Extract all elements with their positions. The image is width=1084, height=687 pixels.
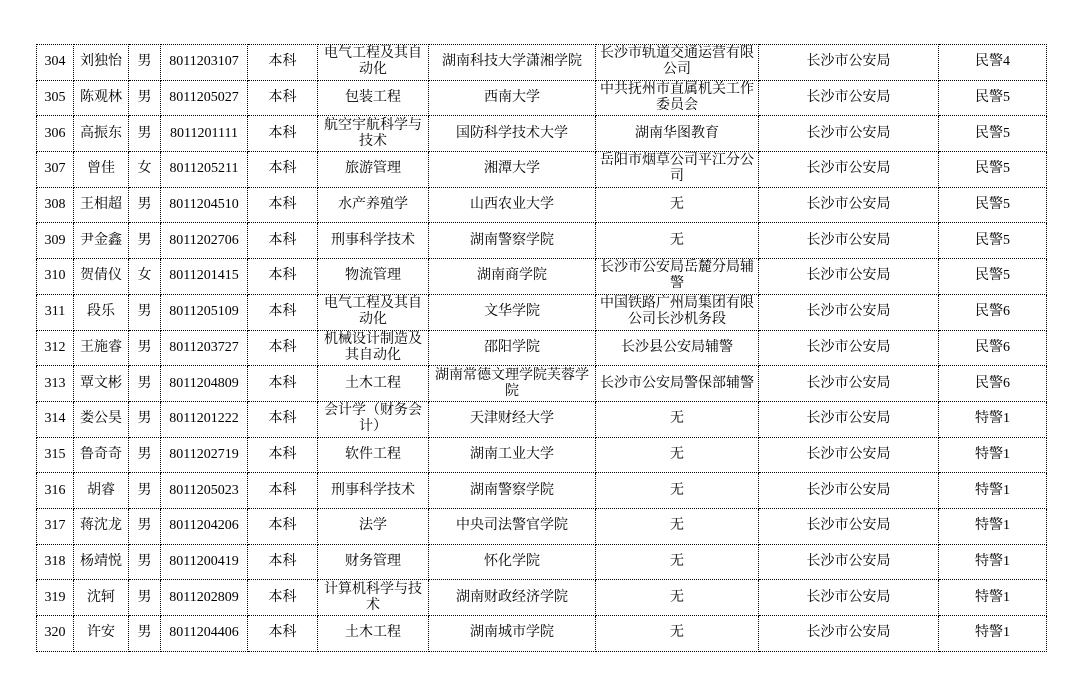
cell-position: 民警6 bbox=[939, 294, 1047, 330]
cell-university: 天津财经大学 bbox=[429, 401, 596, 437]
table-row: 305陈观林男8011205027本科包装工程西南大学中共抚州市直属机关工作委员… bbox=[37, 80, 1047, 116]
cell-major: 电气工程及其自动化 bbox=[318, 45, 429, 81]
table-row: 310贺倩仪女8011201415本科物流管理湖南商学院长沙市公安局岳麓分局辅警… bbox=[37, 259, 1047, 295]
cell-serial-number: 320 bbox=[37, 616, 74, 652]
table-row: 320许安男8011204406本科土木工程湖南城市学院无长沙市公安局特警1 bbox=[37, 616, 1047, 652]
cell-university: 国防科学技术大学 bbox=[429, 116, 596, 152]
cell-gender: 男 bbox=[129, 223, 161, 259]
cell-university: 湖南工业大学 bbox=[429, 437, 596, 473]
cell-recruiting-unit: 长沙市公安局 bbox=[759, 401, 939, 437]
cell-exam-number: 8011205211 bbox=[161, 152, 248, 188]
cell-exam-number: 8011205027 bbox=[161, 80, 248, 116]
cell-major: 土木工程 bbox=[318, 366, 429, 402]
cell-position: 特警1 bbox=[939, 580, 1047, 616]
cell-university: 西南大学 bbox=[429, 80, 596, 116]
cell-exam-number: 8011204809 bbox=[161, 366, 248, 402]
cell-exam-number: 8011205109 bbox=[161, 294, 248, 330]
table-row: 315鲁奇奇男8011202719本科软件工程湖南工业大学无长沙市公安局特警1 bbox=[37, 437, 1047, 473]
cell-recruiting-unit: 长沙市公安局 bbox=[759, 116, 939, 152]
cell-recruiting-unit: 长沙市公安局 bbox=[759, 473, 939, 509]
cell-education: 本科 bbox=[248, 544, 318, 580]
cell-recruiting-unit: 长沙市公安局 bbox=[759, 223, 939, 259]
cell-name: 蒋沈龙 bbox=[74, 508, 129, 544]
cell-recruiting-unit: 长沙市公安局 bbox=[759, 80, 939, 116]
cell-gender: 男 bbox=[129, 330, 161, 366]
cell-previous-work-unit: 无 bbox=[596, 508, 759, 544]
cell-recruiting-unit: 长沙市公安局 bbox=[759, 616, 939, 652]
cell-name: 鲁奇奇 bbox=[74, 437, 129, 473]
cell-serial-number: 316 bbox=[37, 473, 74, 509]
cell-university: 湖南警察学院 bbox=[429, 473, 596, 509]
cell-major: 土木工程 bbox=[318, 616, 429, 652]
cell-university: 湖南商学院 bbox=[429, 259, 596, 295]
table-row: 307曾佳女8011205211本科旅游管理湘潭大学岳阳市烟草公司平江分公司长沙… bbox=[37, 152, 1047, 188]
cell-serial-number: 313 bbox=[37, 366, 74, 402]
cell-previous-work-unit: 湖南华图教育 bbox=[596, 116, 759, 152]
cell-recruiting-unit: 长沙市公安局 bbox=[759, 45, 939, 81]
cell-education: 本科 bbox=[248, 508, 318, 544]
cell-name: 王施睿 bbox=[74, 330, 129, 366]
cell-recruiting-unit: 长沙市公安局 bbox=[759, 437, 939, 473]
cell-university: 湖南警察学院 bbox=[429, 223, 596, 259]
cell-university: 湖南常德文理学院芙蓉学院 bbox=[429, 366, 596, 402]
cell-major: 软件工程 bbox=[318, 437, 429, 473]
cell-position: 特警1 bbox=[939, 401, 1047, 437]
cell-gender: 男 bbox=[129, 544, 161, 580]
cell-university: 湖南科技大学潇湘学院 bbox=[429, 45, 596, 81]
cell-education: 本科 bbox=[248, 580, 318, 616]
cell-previous-work-unit: 长沙市公安局岳麓分局辅警 bbox=[596, 259, 759, 295]
cell-serial-number: 319 bbox=[37, 580, 74, 616]
cell-education: 本科 bbox=[248, 366, 318, 402]
cell-university: 邵阳学院 bbox=[429, 330, 596, 366]
table-row: 304刘独怡男8011203107本科电气工程及其自动化湖南科技大学潇湘学院长沙… bbox=[37, 45, 1047, 81]
cell-name: 许安 bbox=[74, 616, 129, 652]
cell-name: 杨靖悦 bbox=[74, 544, 129, 580]
cell-gender: 男 bbox=[129, 366, 161, 402]
cell-gender: 男 bbox=[129, 116, 161, 152]
cell-serial-number: 305 bbox=[37, 80, 74, 116]
table-row: 318杨靖悦男8011200419本科财务管理怀化学院无长沙市公安局特警1 bbox=[37, 544, 1047, 580]
table-row: 312王施睿男8011203727本科机械设计制造及其自动化邵阳学院长沙县公安局… bbox=[37, 330, 1047, 366]
cell-position: 民警6 bbox=[939, 330, 1047, 366]
cell-serial-number: 318 bbox=[37, 544, 74, 580]
cell-position: 民警5 bbox=[939, 80, 1047, 116]
cell-exam-number: 8011203107 bbox=[161, 45, 248, 81]
cell-position: 民警6 bbox=[939, 366, 1047, 402]
cell-serial-number: 317 bbox=[37, 508, 74, 544]
cell-name: 段乐 bbox=[74, 294, 129, 330]
cell-position: 特警1 bbox=[939, 437, 1047, 473]
cell-education: 本科 bbox=[248, 187, 318, 223]
cell-previous-work-unit: 无 bbox=[596, 580, 759, 616]
cell-name: 沈轲 bbox=[74, 580, 129, 616]
table-row: 317蒋沈龙男8011204206本科法学中央司法警官学院无长沙市公安局特警1 bbox=[37, 508, 1047, 544]
cell-position: 特警1 bbox=[939, 473, 1047, 509]
cell-serial-number: 312 bbox=[37, 330, 74, 366]
cell-name: 娄公昊 bbox=[74, 401, 129, 437]
cell-university: 怀化学院 bbox=[429, 544, 596, 580]
table-row: 313覃文彬男8011204809本科土木工程湖南常德文理学院芙蓉学院长沙市公安… bbox=[37, 366, 1047, 402]
cell-position: 民警5 bbox=[939, 152, 1047, 188]
cell-name: 陈观林 bbox=[74, 80, 129, 116]
cell-previous-work-unit: 无 bbox=[596, 544, 759, 580]
cell-name: 高振东 bbox=[74, 116, 129, 152]
cell-education: 本科 bbox=[248, 616, 318, 652]
cell-major: 刑事科学技术 bbox=[318, 473, 429, 509]
cell-exam-number: 8011200419 bbox=[161, 544, 248, 580]
cell-name: 胡睿 bbox=[74, 473, 129, 509]
table-row: 311段乐男8011205109本科电气工程及其自动化文华学院中国铁路广州局集团… bbox=[37, 294, 1047, 330]
cell-gender: 男 bbox=[129, 508, 161, 544]
table-row: 319沈轲男8011202809本科计算机科学与技术湖南财政经济学院无长沙市公安… bbox=[37, 580, 1047, 616]
cell-name: 尹金鑫 bbox=[74, 223, 129, 259]
cell-exam-number: 8011201222 bbox=[161, 401, 248, 437]
cell-major: 法学 bbox=[318, 508, 429, 544]
cell-previous-work-unit: 长沙县公安局辅警 bbox=[596, 330, 759, 366]
cell-serial-number: 310 bbox=[37, 259, 74, 295]
cell-recruiting-unit: 长沙市公安局 bbox=[759, 187, 939, 223]
cell-exam-number: 8011202719 bbox=[161, 437, 248, 473]
cell-major: 会计学（财务会计） bbox=[318, 401, 429, 437]
cell-major: 财务管理 bbox=[318, 544, 429, 580]
cell-education: 本科 bbox=[248, 330, 318, 366]
cell-education: 本科 bbox=[248, 401, 318, 437]
cell-exam-number: 8011201415 bbox=[161, 259, 248, 295]
cell-university: 文华学院 bbox=[429, 294, 596, 330]
cell-recruiting-unit: 长沙市公安局 bbox=[759, 508, 939, 544]
cell-recruiting-unit: 长沙市公安局 bbox=[759, 544, 939, 580]
table-body: 304刘独怡男8011203107本科电气工程及其自动化湖南科技大学潇湘学院长沙… bbox=[37, 45, 1047, 652]
cell-recruiting-unit: 长沙市公安局 bbox=[759, 294, 939, 330]
cell-previous-work-unit: 无 bbox=[596, 437, 759, 473]
cell-major: 机械设计制造及其自动化 bbox=[318, 330, 429, 366]
cell-recruiting-unit: 长沙市公安局 bbox=[759, 259, 939, 295]
cell-gender: 女 bbox=[129, 152, 161, 188]
cell-education: 本科 bbox=[248, 116, 318, 152]
cell-exam-number: 8011204510 bbox=[161, 187, 248, 223]
cell-exam-number: 8011202809 bbox=[161, 580, 248, 616]
cell-gender: 男 bbox=[129, 437, 161, 473]
cell-education: 本科 bbox=[248, 45, 318, 81]
cell-major: 包装工程 bbox=[318, 80, 429, 116]
cell-recruiting-unit: 长沙市公安局 bbox=[759, 580, 939, 616]
table-row: 306高振东男8011201111本科航空宇航科学与技术国防科学技术大学湖南华图… bbox=[37, 116, 1047, 152]
cell-name: 曾佳 bbox=[74, 152, 129, 188]
cell-university: 湖南财政经济学院 bbox=[429, 580, 596, 616]
cell-previous-work-unit: 无 bbox=[596, 616, 759, 652]
cell-serial-number: 307 bbox=[37, 152, 74, 188]
cell-gender: 男 bbox=[129, 294, 161, 330]
cell-serial-number: 315 bbox=[37, 437, 74, 473]
table-row: 309尹金鑫男8011202706本科刑事科学技术湖南警察学院无长沙市公安局民警… bbox=[37, 223, 1047, 259]
cell-gender: 男 bbox=[129, 187, 161, 223]
cell-exam-number: 8011204206 bbox=[161, 508, 248, 544]
cell-previous-work-unit: 无 bbox=[596, 187, 759, 223]
cell-university: 山西农业大学 bbox=[429, 187, 596, 223]
cell-major: 物流管理 bbox=[318, 259, 429, 295]
cell-name: 王相超 bbox=[74, 187, 129, 223]
cell-recruiting-unit: 长沙市公安局 bbox=[759, 366, 939, 402]
cell-major: 水产养殖学 bbox=[318, 187, 429, 223]
cell-position: 民警5 bbox=[939, 187, 1047, 223]
table-row: 308王相超男8011204510本科水产养殖学山西农业大学无长沙市公安局民警5 bbox=[37, 187, 1047, 223]
cell-previous-work-unit: 长沙市轨道交通运营有限公司 bbox=[596, 45, 759, 81]
cell-education: 本科 bbox=[248, 80, 318, 116]
cell-serial-number: 304 bbox=[37, 45, 74, 81]
cell-major: 旅游管理 bbox=[318, 152, 429, 188]
cell-recruiting-unit: 长沙市公安局 bbox=[759, 152, 939, 188]
cell-education: 本科 bbox=[248, 294, 318, 330]
cell-previous-work-unit: 中国铁路广州局集团有限公司长沙机务段 bbox=[596, 294, 759, 330]
cell-education: 本科 bbox=[248, 223, 318, 259]
cell-serial-number: 306 bbox=[37, 116, 74, 152]
cell-major: 航空宇航科学与技术 bbox=[318, 116, 429, 152]
cell-recruiting-unit: 长沙市公安局 bbox=[759, 330, 939, 366]
cell-gender: 男 bbox=[129, 80, 161, 116]
cell-exam-number: 8011203727 bbox=[161, 330, 248, 366]
cell-education: 本科 bbox=[248, 152, 318, 188]
cell-name: 刘独怡 bbox=[74, 45, 129, 81]
table-row: 314娄公昊男8011201222本科会计学（财务会计）天津财经大学无长沙市公安… bbox=[37, 401, 1047, 437]
cell-previous-work-unit: 无 bbox=[596, 401, 759, 437]
cell-previous-work-unit: 长沙市公安局警保部辅警 bbox=[596, 366, 759, 402]
cell-previous-work-unit: 无 bbox=[596, 223, 759, 259]
cell-gender: 男 bbox=[129, 45, 161, 81]
cell-gender: 男 bbox=[129, 616, 161, 652]
cell-education: 本科 bbox=[248, 437, 318, 473]
cell-exam-number: 8011204406 bbox=[161, 616, 248, 652]
cell-major: 电气工程及其自动化 bbox=[318, 294, 429, 330]
cell-previous-work-unit: 无 bbox=[596, 473, 759, 509]
cell-serial-number: 314 bbox=[37, 401, 74, 437]
cell-gender: 女 bbox=[129, 259, 161, 295]
cell-gender: 男 bbox=[129, 580, 161, 616]
cell-gender: 男 bbox=[129, 401, 161, 437]
cell-exam-number: 8011201111 bbox=[161, 116, 248, 152]
cell-university: 湘潭大学 bbox=[429, 152, 596, 188]
cell-position: 特警1 bbox=[939, 616, 1047, 652]
cell-university: 湖南城市学院 bbox=[429, 616, 596, 652]
document-page: 304刘独怡男8011203107本科电气工程及其自动化湖南科技大学潇湘学院长沙… bbox=[0, 0, 1084, 687]
cell-university: 中央司法警官学院 bbox=[429, 508, 596, 544]
cell-position: 民警5 bbox=[939, 223, 1047, 259]
cell-previous-work-unit: 岳阳市烟草公司平江分公司 bbox=[596, 152, 759, 188]
cell-education: 本科 bbox=[248, 473, 318, 509]
cell-name: 贺倩仪 bbox=[74, 259, 129, 295]
cell-serial-number: 308 bbox=[37, 187, 74, 223]
cell-education: 本科 bbox=[248, 259, 318, 295]
personnel-roster-table: 304刘独怡男8011203107本科电气工程及其自动化湖南科技大学潇湘学院长沙… bbox=[36, 44, 1047, 652]
cell-position: 民警5 bbox=[939, 116, 1047, 152]
cell-position: 特警1 bbox=[939, 544, 1047, 580]
cell-position: 民警5 bbox=[939, 259, 1047, 295]
cell-position: 民警4 bbox=[939, 45, 1047, 81]
cell-previous-work-unit: 中共抚州市直属机关工作委员会 bbox=[596, 80, 759, 116]
cell-gender: 男 bbox=[129, 473, 161, 509]
cell-serial-number: 309 bbox=[37, 223, 74, 259]
cell-major: 刑事科学技术 bbox=[318, 223, 429, 259]
cell-exam-number: 8011205023 bbox=[161, 473, 248, 509]
cell-serial-number: 311 bbox=[37, 294, 74, 330]
cell-position: 特警1 bbox=[939, 508, 1047, 544]
table-row: 316胡睿男8011205023本科刑事科学技术湖南警察学院无长沙市公安局特警1 bbox=[37, 473, 1047, 509]
cell-name: 覃文彬 bbox=[74, 366, 129, 402]
cell-major: 计算机科学与技术 bbox=[318, 580, 429, 616]
cell-exam-number: 8011202706 bbox=[161, 223, 248, 259]
